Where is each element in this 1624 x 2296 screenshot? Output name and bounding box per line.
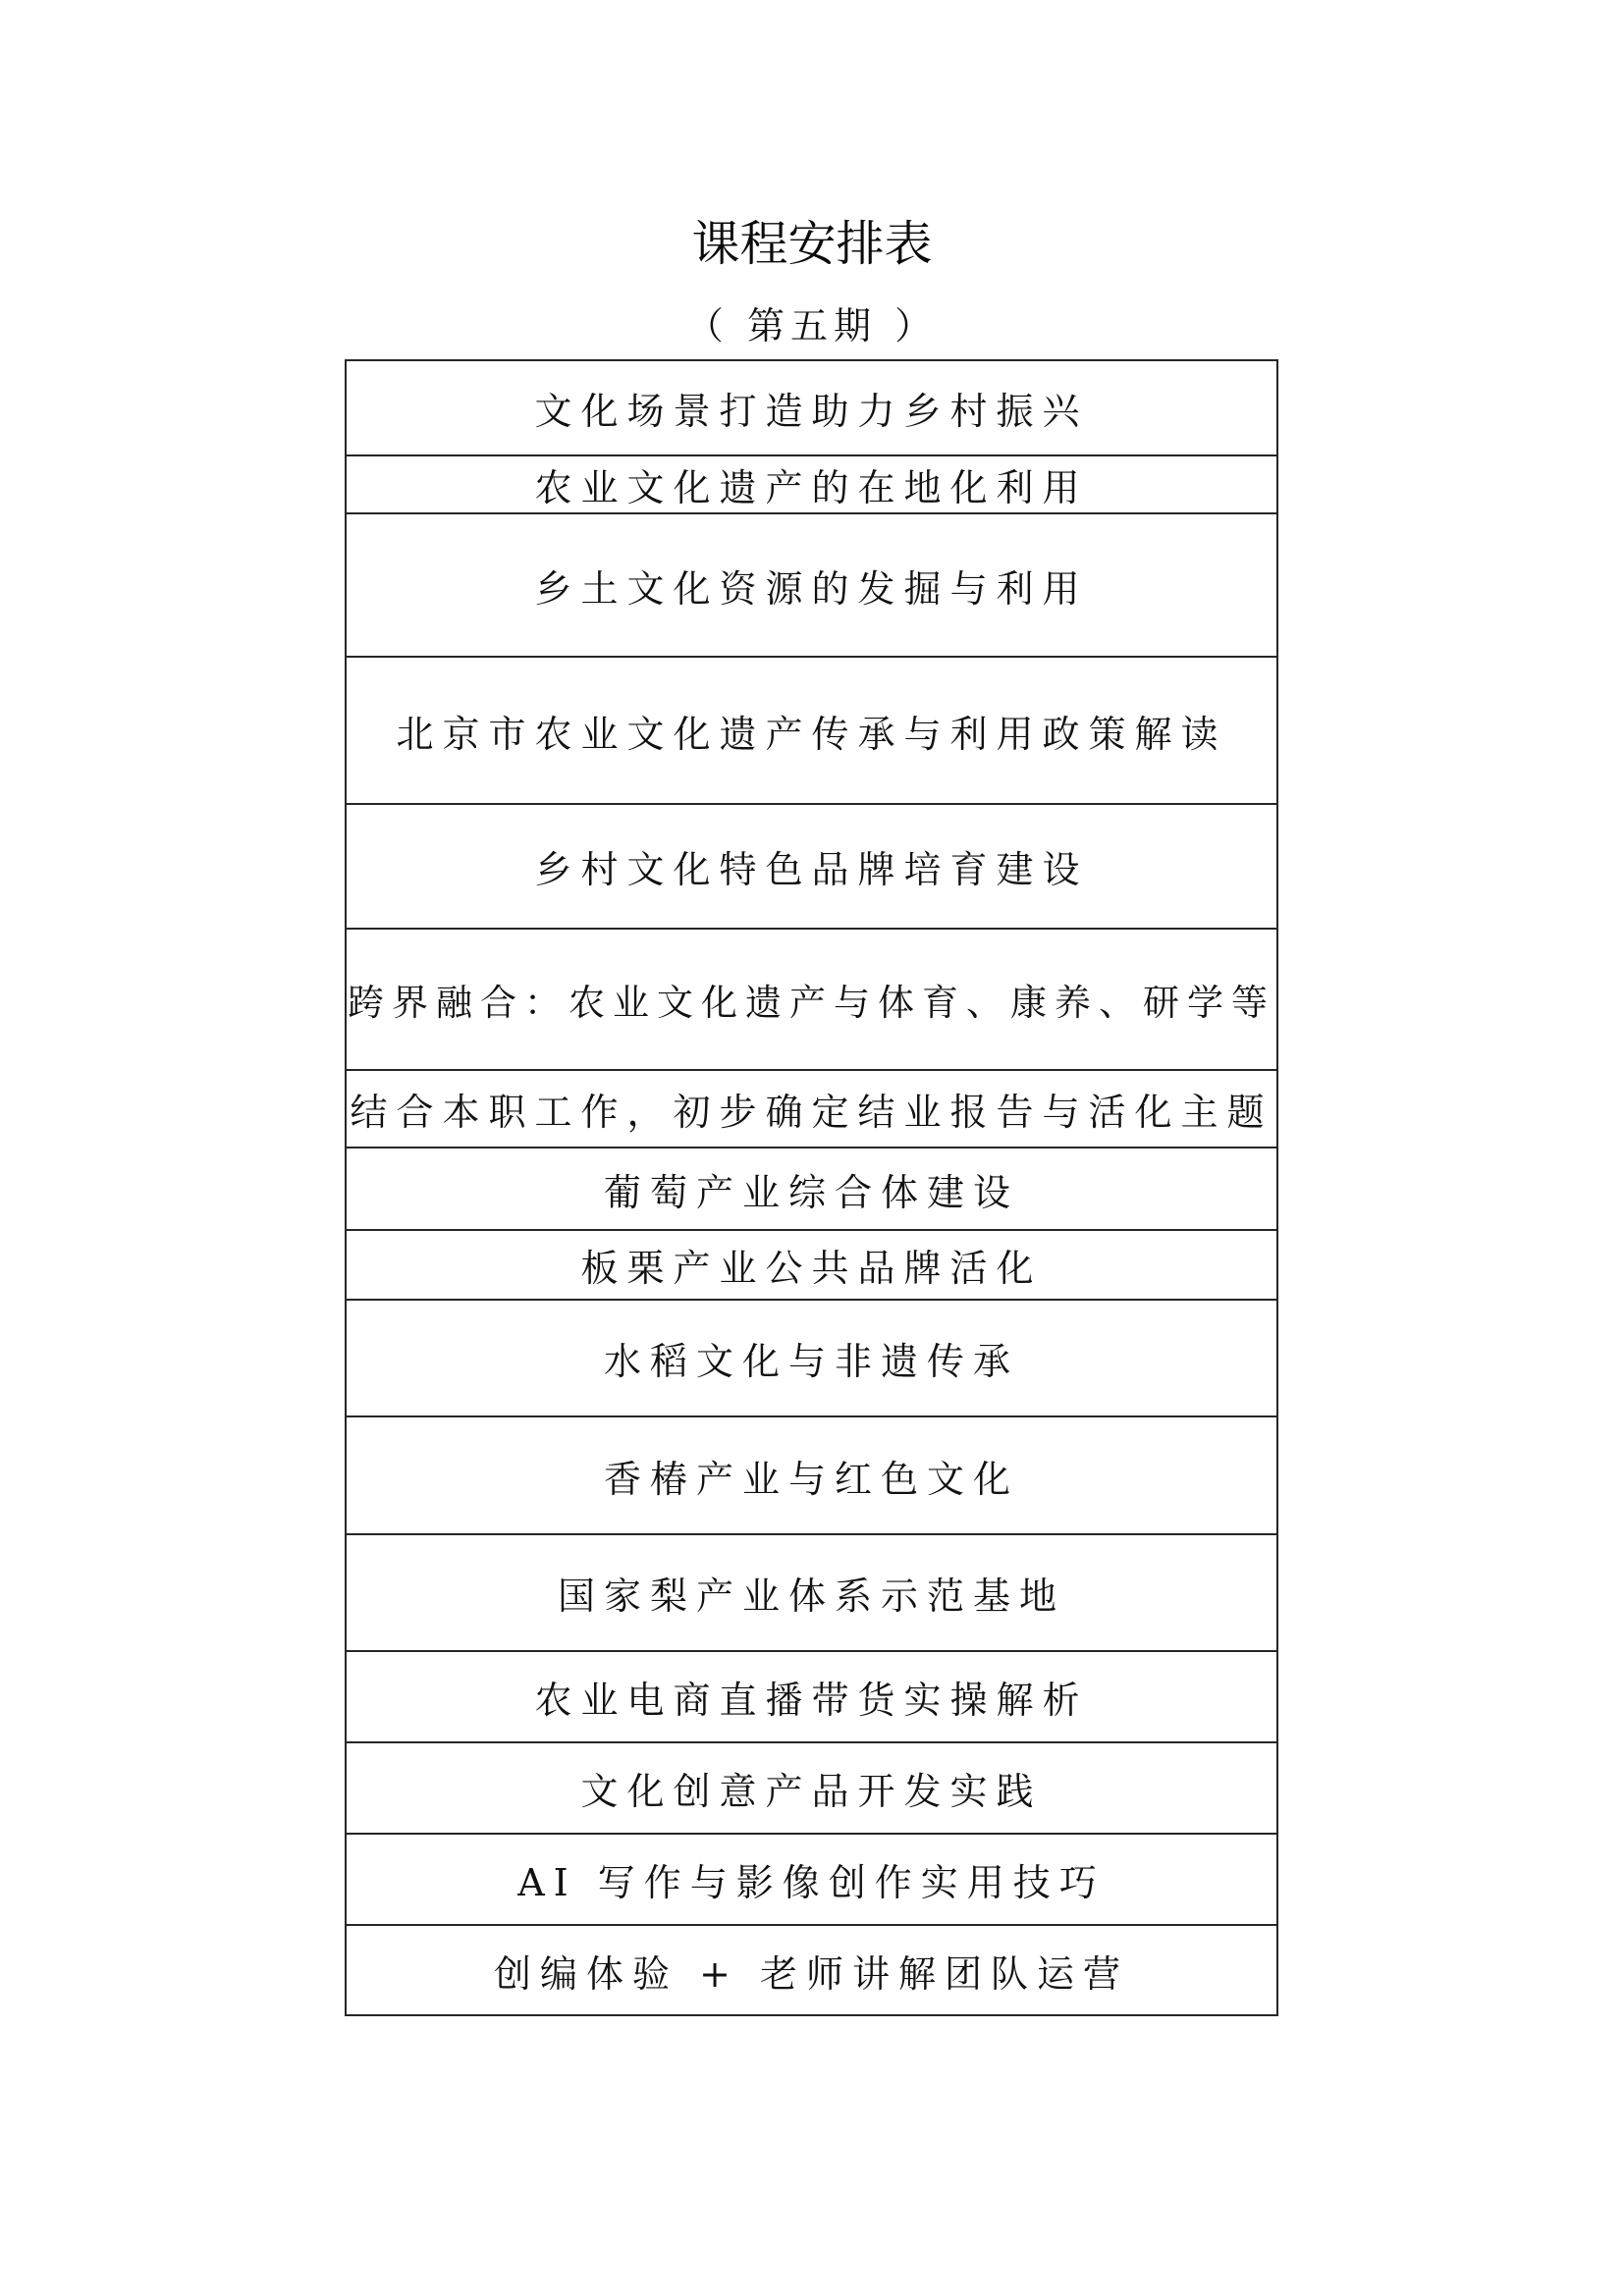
- course-schedule-body: 文化场景打造助力乡村振兴 农业文化遗产的在地化利用 乡土文化资源的发掘与利用 北…: [346, 360, 1277, 2015]
- table-row: 板栗产业公共品牌活化: [346, 1230, 1277, 1300]
- course-topic-cell: 乡土文化资源的发掘与利用: [346, 513, 1277, 657]
- course-topic-cell: 水稻文化与非遗传承: [346, 1300, 1277, 1416]
- course-topic-cell: 结合本职工作，初步确定结业报告与活化主题: [346, 1070, 1277, 1148]
- table-row: 国家梨产业体系示范基地: [346, 1534, 1277, 1651]
- course-schedule-table: 文化场景打造助力乡村振兴 农业文化遗产的在地化利用 乡土文化资源的发掘与利用 北…: [345, 359, 1278, 2016]
- table-row: 香椿产业与红色文化: [346, 1416, 1277, 1534]
- table-row: 水稻文化与非遗传承: [346, 1300, 1277, 1416]
- table-row: 文化场景打造助力乡村振兴: [346, 360, 1277, 455]
- course-topic-cell: 北京市农业文化遗产传承与利用政策解读: [346, 657, 1277, 804]
- table-row: AI 写作与影像创作实用技巧: [346, 1834, 1277, 1925]
- table-row: 乡土文化资源的发掘与利用: [346, 513, 1277, 657]
- course-topic-cell: AI 写作与影像创作实用技巧: [346, 1834, 1277, 1925]
- course-topic-cell: 文化场景打造助力乡村振兴: [346, 360, 1277, 455]
- course-topic-cell: 乡村文化特色品牌培育建设: [346, 804, 1277, 929]
- course-topic-cell: 文化创意产品开发实践: [346, 1742, 1277, 1834]
- course-topic-cell: 创编体验 + 老师讲解团队运营: [346, 1925, 1277, 2015]
- table-row: 创编体验 + 老师讲解团队运营: [346, 1925, 1277, 2015]
- table-row: 结合本职工作，初步确定结业报告与活化主题: [346, 1070, 1277, 1148]
- course-topic-cell: 跨界融合：农业文化遗产与体育、康养、研学等: [346, 929, 1277, 1070]
- course-topic-cell: 国家梨产业体系示范基地: [346, 1534, 1277, 1651]
- table-row: 北京市农业文化遗产传承与利用政策解读: [346, 657, 1277, 804]
- table-row: 跨界融合：农业文化遗产与体育、康养、研学等: [346, 929, 1277, 1070]
- table-row: 文化创意产品开发实践: [346, 1742, 1277, 1834]
- table-row: 农业电商直播带货实操解析: [346, 1651, 1277, 1742]
- table-row: 葡萄产业综合体建设: [346, 1148, 1277, 1230]
- course-topic-cell: 葡萄产业综合体建设: [346, 1148, 1277, 1230]
- course-topic-cell: 香椿产业与红色文化: [346, 1416, 1277, 1534]
- page-subtitle: （ 第五期 ）: [0, 300, 1624, 351]
- page-title: 课程安排表: [0, 214, 1624, 275]
- course-topic-cell: 农业电商直播带货实操解析: [346, 1651, 1277, 1742]
- course-topic-cell: 农业文化遗产的在地化利用: [346, 455, 1277, 513]
- table-row: 乡村文化特色品牌培育建设: [346, 804, 1277, 929]
- table-row: 农业文化遗产的在地化利用: [346, 455, 1277, 513]
- course-topic-cell: 板栗产业公共品牌活化: [346, 1230, 1277, 1300]
